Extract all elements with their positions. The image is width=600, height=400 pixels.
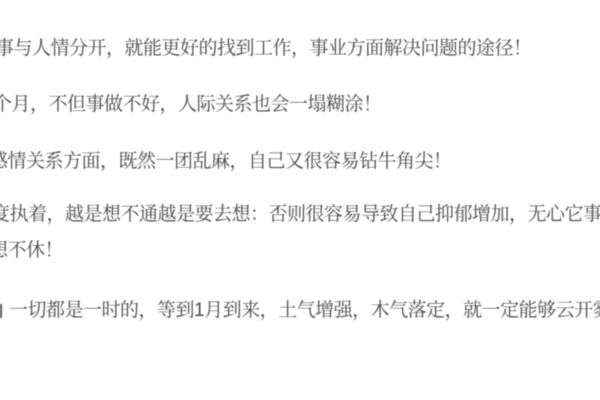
text-line: 事与人情分开，就能更好的找到工作，事业方面解决问题的途径！ — [0, 38, 532, 60]
text-line: 度执着，越是想不通越是要去想：否则很容易导致自己抑郁增加，无心它事 — [0, 204, 600, 226]
text-line: 一切都是一时的，等到1月到来，土气增强，木气落定，就一定能够云开雾 — [9, 300, 600, 322]
article-page: 事与人情分开，就能更好的找到工作，事业方面解决问题的途径！ 个月，不但事做不好，… — [0, 0, 600, 400]
text-line: 感情关系方面，既然一团乱麻，自己又很容易钻牛角尖！ — [0, 151, 452, 173]
text-line: 想不休！ — [0, 240, 63, 262]
article-text: 事与人情分开，就能更好的找到工作，事业方面解决问题的途径！ 个月，不但事做不好，… — [0, 0, 600, 400]
text-line: 个月，不但事做不好，人际关系也会一塌糊涂！ — [0, 94, 382, 116]
clipped-character-fragment — [0, 304, 2, 318]
